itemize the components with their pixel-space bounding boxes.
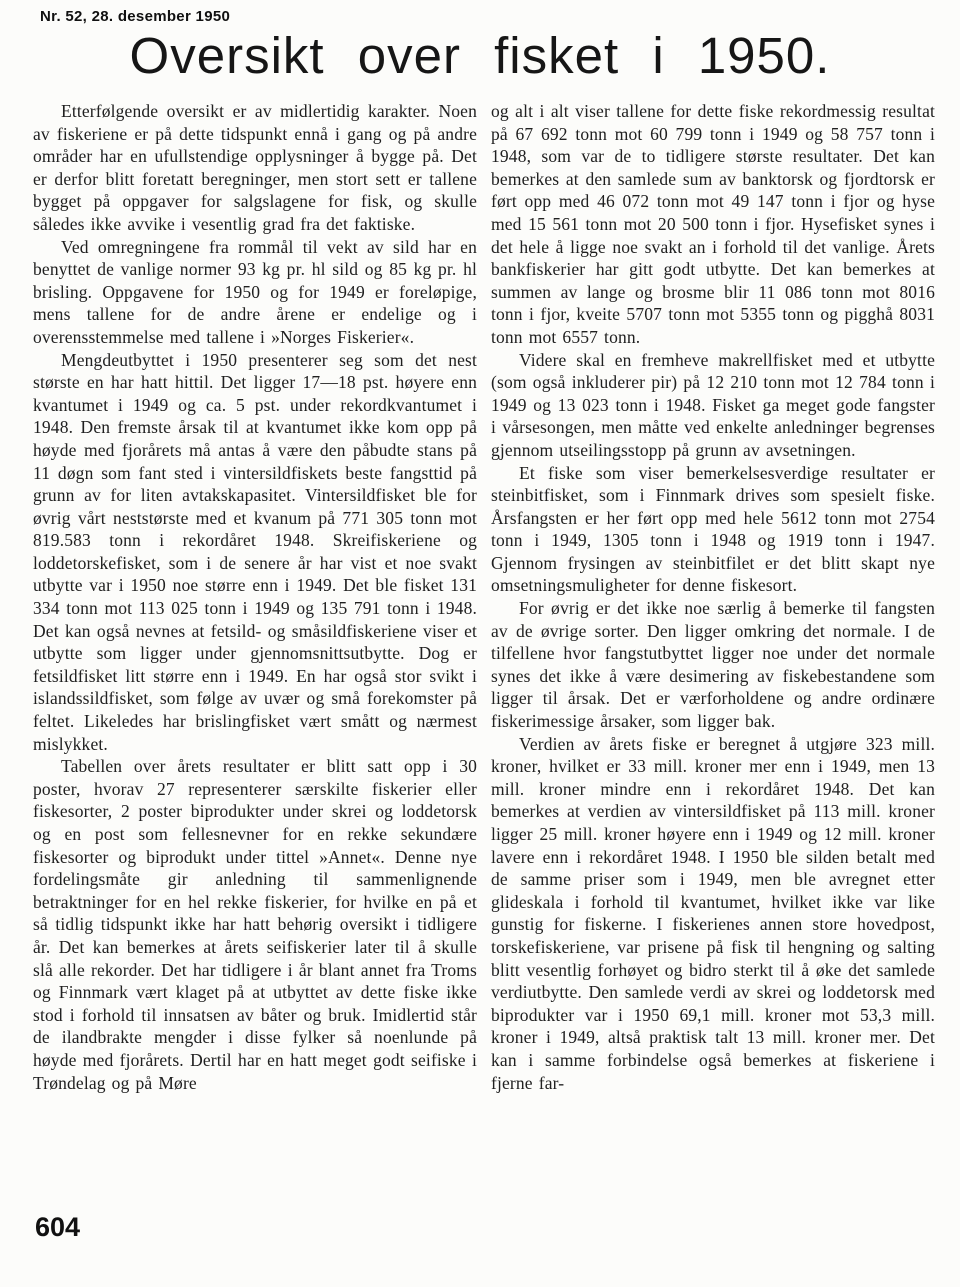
paragraph-makrellfisket: Videre skal en fremheve makrellfisket me…: [491, 349, 935, 462]
article-body: Etterfølgende oversikt er av midlertidig…: [33, 100, 935, 1094]
left-column: Etterfølgende oversikt er av midlertidig…: [33, 100, 477, 1094]
document-page: Nr. 52, 28. desember 1950 Oversikt over …: [0, 0, 960, 1287]
page-number: 604: [35, 1212, 80, 1243]
paragraph-steinbitfisket: Et fiske som viser bemerkelsesverdige re…: [491, 462, 935, 598]
right-column: og alt i alt viser tallene for dette fis…: [491, 100, 935, 1094]
paragraph-seifiske-forts: og alt i alt viser tallene for dette fis…: [491, 100, 935, 349]
page-title: Oversikt over fisket i 1950.: [0, 26, 960, 85]
paragraph-verdien: Verdien av årets fiske er beregnet å utg…: [491, 733, 935, 1095]
paragraph-intro: Etterfølgende oversikt er av midlertidig…: [33, 100, 477, 236]
paragraph-ovrige-sorter: For øvrig er det ikke noe særlig å bemer…: [491, 597, 935, 733]
paragraph-tabellen: Tabellen over årets resultater er blitt …: [33, 755, 477, 1094]
issue-line: Nr. 52, 28. desember 1950: [40, 8, 230, 25]
paragraph-omregning: Ved omregningene fra rommål til vekt av …: [33, 236, 477, 349]
paragraph-mengdeutbytte: Mengdeutbyttet i 1950 presenterer seg so…: [33, 349, 477, 756]
